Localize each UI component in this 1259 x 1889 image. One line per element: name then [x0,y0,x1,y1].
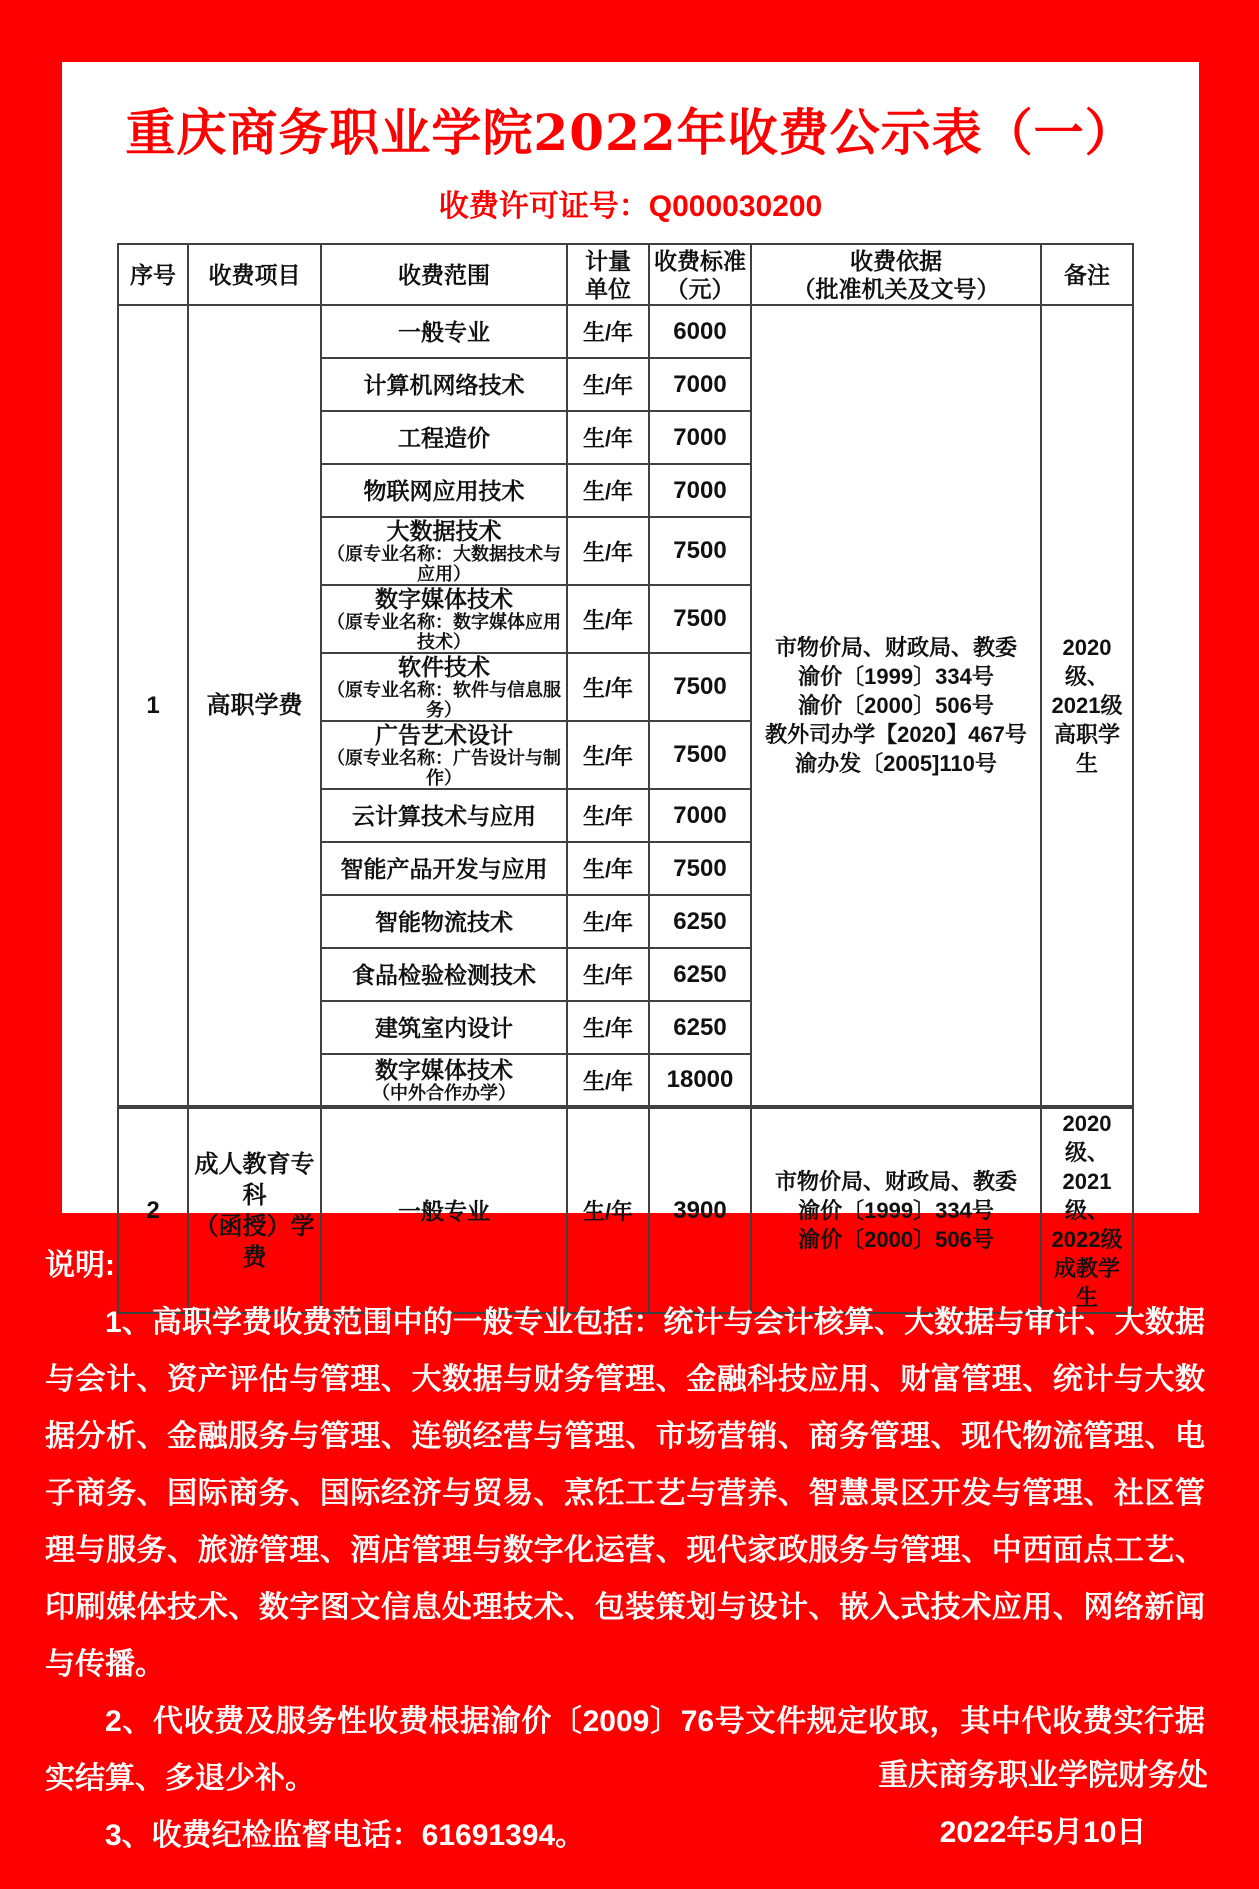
cell-scope: 智能产品开发与应用 [321,842,567,895]
signature-block: 重庆商务职业学院财务处 2022年5月10日 [833,1747,1253,1861]
cell-unit: 生/年 [567,842,649,895]
signature-date: 2022年5月10日 [833,1804,1253,1861]
header-row: 序号 收费项目 收费范围 计量 单位 收费标准 （元） 收费依据 （批准机关及文… [118,244,1133,305]
cell-scope: 软件技术 （原专业名称：软件与信息服务） [321,653,567,721]
cell-price: 6250 [649,895,751,948]
license-number: 收费许可证号：Q000030200 [62,191,1199,223]
cell-unit: 生/年 [567,585,649,653]
scope-name: 食品检验检测技术 [324,962,564,988]
scope-name: 数字媒体技术 [324,586,564,612]
cell-scope: 广告艺术设计 （原专业名称：广告设计与制作） [321,721,567,789]
scope-name: 数字媒体技术 [324,1057,564,1083]
cell-unit: 生/年 [567,653,649,721]
scope-former-name: （原专业名称：数字媒体应用技术） [324,612,564,652]
cell-scope: 食品检验检测技术 [321,948,567,1001]
fee-disclosure-poster: 重庆商务职业学院2022年收费公示表（一） 收费许可证号：Q000030200 … [0,0,1259,1889]
scope-former-name: （中外合作办学） [324,1083,564,1103]
cell-scope: 云计算技术与应用 [321,789,567,842]
cell-price: 18000 [649,1054,751,1107]
cell-price: 7500 [649,653,751,721]
col-header-remark: 备注 [1041,244,1133,305]
cell-scope: 工程造价 [321,411,567,464]
cell-group-no: 1 [118,305,188,1107]
col-header-scope: 收费范围 [321,244,567,305]
scope-name: 智能产品开发与应用 [324,856,564,882]
col-header-item: 收费项目 [188,244,321,305]
cell-unit: 生/年 [567,1054,649,1107]
signature-org: 重庆商务职业学院财务处 [833,1747,1253,1804]
cell-scope: 物联网应用技术 [321,464,567,517]
fee-table: 序号 收费项目 收费范围 计量 单位 收费标准 （元） 收费依据 （批准机关及文… [117,243,1134,1314]
scope-former-name: （原专业名称：软件与信息服务） [324,680,564,720]
cell-unit: 生/年 [567,895,649,948]
cell-scope: 数字媒体技术 （中外合作办学） [321,1054,567,1107]
cell-price: 6250 [649,1001,751,1054]
cell-unit: 生/年 [567,464,649,517]
scope-name: 一般专业 [324,319,564,345]
cell-unit: 生/年 [567,948,649,1001]
cell-fee-item: 高职学费 [188,305,321,1107]
cell-unit: 生/年 [567,1001,649,1054]
cell-price: 7500 [649,517,751,585]
cell-price: 7500 [649,721,751,789]
cell-price: 7000 [649,464,751,517]
scope-name: 云计算技术与应用 [324,803,564,829]
cell-scope: 数字媒体技术 （原专业名称：数字媒体应用技术） [321,585,567,653]
cell-price: 7500 [649,842,751,895]
scope-name: 广告艺术设计 [324,722,564,748]
col-header-unit: 计量 单位 [567,244,649,305]
page-title: 重庆商务职业学院2022年收费公示表（一） [62,107,1199,159]
scope-former-name: （原专业名称：广告设计与制作） [324,748,564,788]
fee-row: 1 高职学费 一般专业 生/年 6000 市物价局、财政局、教委 渝价〔1999… [118,305,1133,358]
cell-price: 7000 [649,789,751,842]
cell-scope: 计算机网络技术 [321,358,567,411]
cell-scope: 智能物流技术 [321,895,567,948]
scope-name: 计算机网络技术 [324,372,564,398]
cell-unit: 生/年 [567,358,649,411]
scope-name: 软件技术 [324,654,564,680]
cell-unit: 生/年 [567,789,649,842]
scope-name: 建筑室内设计 [324,1015,564,1041]
col-header-no: 序号 [118,244,188,305]
cell-scope: 建筑室内设计 [321,1001,567,1054]
cell-basis: 市物价局、财政局、教委 渝价〔1999〕334号 渝价〔2000〕506号 教外… [751,305,1041,1107]
cell-unit: 生/年 [567,721,649,789]
cell-unit: 生/年 [567,411,649,464]
col-header-standard: 收费标准 （元） [649,244,751,305]
cell-price: 7500 [649,585,751,653]
note-item-1: 1、高职学费收费范围中的一般专业包括：统计与会计核算、大数据与审计、大数据与会计… [45,1294,1205,1693]
scope-former-name: （原专业名称：大数据技术与应用） [324,544,564,584]
cell-unit: 生/年 [567,305,649,358]
cell-price: 6000 [649,305,751,358]
scope-name: 物联网应用技术 [324,478,564,504]
cell-price: 6250 [649,948,751,1001]
col-header-basis: 收费依据 （批准机关及文号） [751,244,1041,305]
cell-price: 7000 [649,411,751,464]
cell-price: 7000 [649,358,751,411]
scope-name: 智能物流技术 [324,909,564,935]
cell-scope: 大数据技术 （原专业名称：大数据技术与应用） [321,517,567,585]
cell-remark: 2020级、 2021级 高职学生 [1041,305,1133,1107]
scope-name: 一般专业 [324,1198,564,1224]
cell-scope: 一般专业 [321,305,567,358]
notes-heading: 说明: [45,1237,1205,1294]
scope-name: 工程造价 [324,425,564,451]
content-panel: 重庆商务职业学院2022年收费公示表（一） 收费许可证号：Q000030200 … [62,62,1199,1213]
cell-unit: 生/年 [567,517,649,585]
scope-name: 大数据技术 [324,518,564,544]
